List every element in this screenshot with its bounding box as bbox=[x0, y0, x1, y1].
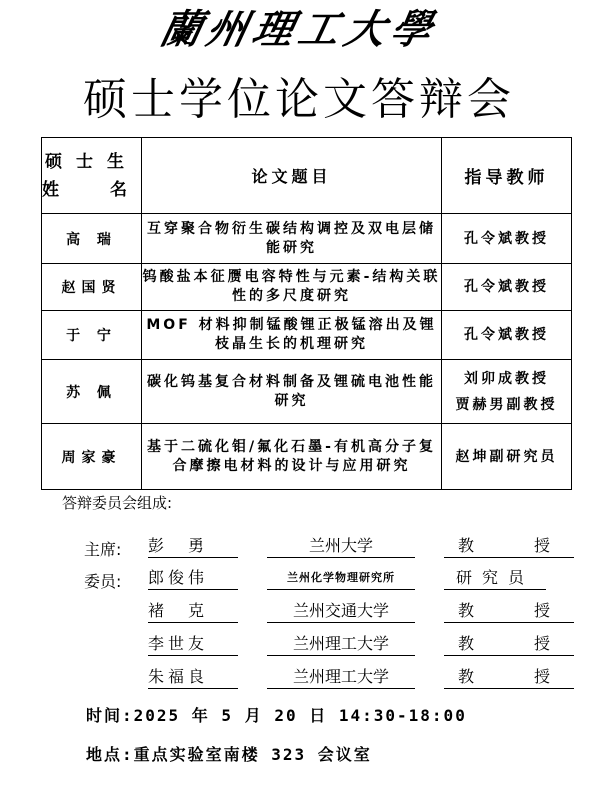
member-title: 教授 bbox=[444, 535, 574, 558]
table-row: 赵国贤 钨酸盐本征赝电容特性与元素-结构关联性的多尺度研究 孔令斌教授 bbox=[42, 264, 572, 311]
header-advisor: 指导教师 bbox=[442, 138, 572, 214]
table-header-row: 硕士生 姓名 论文题目 指导教师 bbox=[42, 138, 572, 214]
member-title: 教授 bbox=[444, 666, 574, 689]
member-name: 褚 克 bbox=[148, 600, 238, 623]
thesis-title: 互穿聚合物衍生碳结构调控及双电层储能研究 bbox=[142, 214, 442, 264]
committee-heading: 答辩委员会组成: bbox=[62, 492, 172, 513]
defense-time: 时间:2025 年 5 月 20 日 14:30-18:00 bbox=[86, 703, 467, 726]
member-role: 委员: bbox=[84, 569, 146, 592]
student-name: 苏 佩 bbox=[42, 360, 142, 424]
table-row: 于 宁 MOF 材料抑制锰酸锂正极锰溶出及锂枝晶生长的机理研究 孔令斌教授 bbox=[42, 311, 572, 360]
advisor: 孔令斌教授 bbox=[442, 214, 572, 264]
member-title: 研究员 bbox=[444, 567, 546, 590]
member-name: 李世友 bbox=[148, 633, 238, 656]
table-row: 周家豪 基于二硫化钼/氟化石墨-有机高分子复合摩擦电材料的设计与应用研究 赵坤副… bbox=[42, 424, 572, 490]
member-role: 主席: bbox=[84, 537, 146, 560]
defense-location: 地点:重点实验室南楼 323 会议室 bbox=[86, 742, 372, 765]
student-name: 于 宁 bbox=[42, 311, 142, 360]
member-org: 兰州交通大学 bbox=[267, 600, 415, 623]
header-student-name: 硕士生 姓名 bbox=[42, 138, 142, 214]
student-name: 高 瑞 bbox=[42, 214, 142, 264]
member-name: 彭 勇 bbox=[148, 535, 238, 558]
thesis-table: 硕士生 姓名 论文题目 指导教师 高 瑞 互穿聚合物衍生碳结构调控及双电层储能研… bbox=[41, 137, 572, 490]
member-org: 兰州理工大学 bbox=[267, 633, 415, 656]
member-org: 兰州大学 bbox=[267, 535, 415, 558]
thesis-title: 基于二硫化钼/氟化石墨-有机高分子复合摩擦电材料的设计与应用研究 bbox=[142, 424, 442, 490]
header-thesis-title: 论文题目 bbox=[142, 138, 442, 214]
table-row: 苏 佩 碳化钨基复合材料制备及锂硫电池性能研究 刘卯成教授 贾赫男副教授 bbox=[42, 360, 572, 424]
member-title: 教授 bbox=[444, 633, 574, 656]
university-logo: 蘭州理工大學 bbox=[0, 2, 598, 58]
thesis-title: 钨酸盐本征赝电容特性与元素-结构关联性的多尺度研究 bbox=[142, 264, 442, 311]
advisor: 孔令斌教授 bbox=[442, 264, 572, 311]
advisor: 刘卯成教授 贾赫男副教授 bbox=[442, 360, 572, 424]
member-name: 朱福良 bbox=[148, 666, 238, 689]
student-name: 赵国贤 bbox=[42, 264, 142, 311]
advisor: 赵坤副研究员 bbox=[442, 424, 572, 490]
member-title: 教授 bbox=[444, 600, 574, 623]
thesis-title: 碳化钨基复合材料制备及锂硫电池性能研究 bbox=[142, 360, 442, 424]
student-name: 周家豪 bbox=[42, 424, 142, 490]
member-org: 兰州化学物理研究所 bbox=[267, 567, 415, 590]
member-name: 郎俊伟 bbox=[148, 567, 238, 590]
member-org: 兰州理工大学 bbox=[267, 666, 415, 689]
table-row: 高 瑞 互穿聚合物衍生碳结构调控及双电层储能研究 孔令斌教授 bbox=[42, 214, 572, 264]
advisor: 孔令斌教授 bbox=[442, 311, 572, 360]
page-title: 硕士学位论文答辩会 bbox=[0, 68, 598, 132]
thesis-title: MOF 材料抑制锰酸锂正极锰溶出及锂枝晶生长的机理研究 bbox=[142, 311, 442, 360]
